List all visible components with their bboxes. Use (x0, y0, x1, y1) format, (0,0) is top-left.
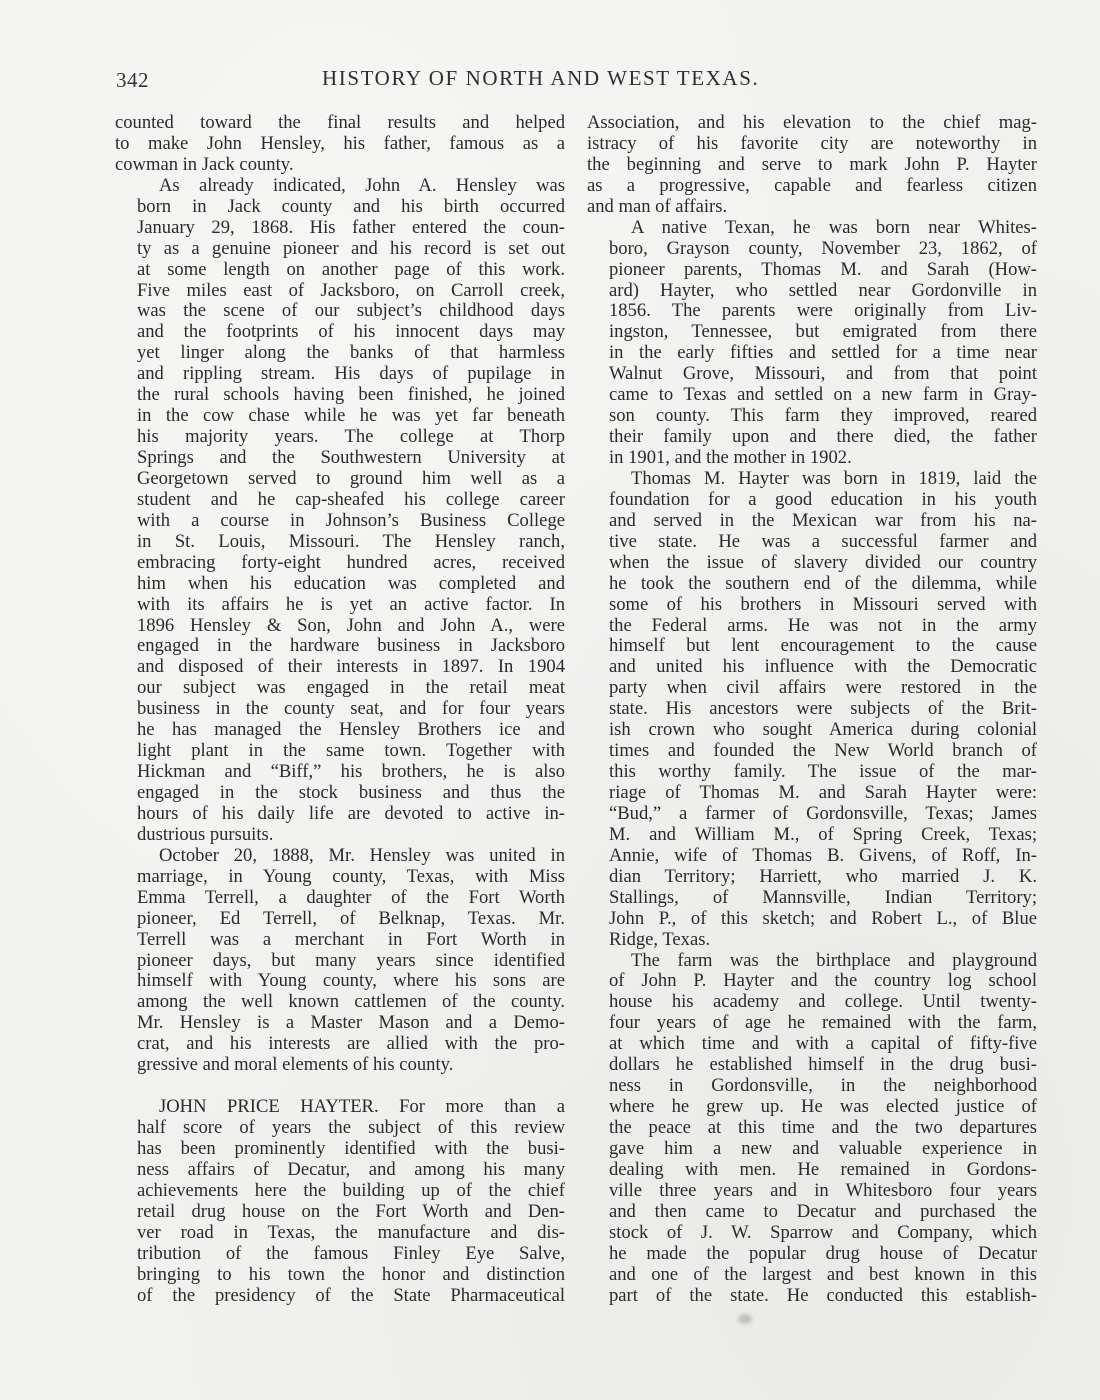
paragraph: Association, and his elevation to the ch… (587, 113, 1037, 218)
text-line: was the scene of our subject’s childhood… (115, 301, 565, 322)
text-line: October 20, 1888, Mr. Hensley was united… (115, 846, 565, 867)
text-line: Ridge, Texas. (587, 930, 1037, 951)
text-line: engaged in the stock business and thus t… (115, 783, 565, 804)
text-line: Walnut Grove, Missouri, and from that po… (587, 364, 1037, 385)
text-line: half score of years the subject of this … (115, 1118, 565, 1139)
text-line: son county. This farm they improved, rea… (587, 406, 1037, 427)
text-line: our subject was engaged in the retail me… (115, 678, 565, 699)
text-line: gressive and moral elements of his count… (115, 1055, 565, 1076)
text-line: and disposed of their interests in 1897.… (115, 657, 565, 678)
text-line: tribution of the famous Finley Eye Salve… (115, 1244, 565, 1265)
text-line: part of the state. He conducted this est… (587, 1286, 1037, 1307)
page-number: 342 (116, 68, 149, 93)
text-line: Annie, wife of Thomas B. Givens, of Roff… (587, 846, 1037, 867)
text-line: dollars he established himself in the dr… (587, 1055, 1037, 1076)
text-line: and man of affairs. (587, 197, 1037, 218)
text-line: Stallings, of Mannsville, Indian Territo… (587, 888, 1037, 909)
text-line: Hickman and “Biff,” his brothers, he is … (115, 762, 565, 783)
text-line: house his academy and college. Until twe… (587, 992, 1037, 1013)
text-line: Springs and the Southwestern University … (115, 448, 565, 469)
text-line: dustrious pursuits. (115, 825, 565, 846)
text-line: ingston, Tennessee, but emigrated from t… (587, 322, 1037, 343)
text-line: and one of the largest and best known in… (587, 1265, 1037, 1286)
text-line: As already indicated, John A. Hensley wa… (115, 176, 565, 197)
text-line: and then came to Decatur and purchased t… (587, 1202, 1037, 1223)
text-line: Five miles east of Jacksboro, on Carroll… (115, 281, 565, 302)
text-line: marriage, in Young county, Texas, with M… (115, 867, 565, 888)
text-line: at some length on another page of this w… (115, 260, 565, 281)
text-line: January 29, 1868. His father entered the… (115, 218, 565, 239)
text-line: bringing to his town the honor and disti… (115, 1265, 565, 1286)
text-line: pioneer parents, Thomas M. and Sarah (Ho… (587, 260, 1037, 281)
text-line: counted toward the final results and hel… (115, 113, 565, 134)
text-line: pioneer, Ed Terrell, of Belknap, Texas. … (115, 909, 565, 930)
text-line: riage of Thomas M. and Sarah Hayter were… (587, 783, 1037, 804)
text-line: he has managed the Hensley Brothers ice … (115, 720, 565, 741)
text-line: John P., of this sketch; and Robert L., … (587, 909, 1037, 930)
print-smudge (738, 1314, 752, 1324)
text-line: where he grew up. He was elected justice… (587, 1097, 1037, 1118)
text-line: The farm was the birthplace and playgrou… (587, 951, 1037, 972)
text-line: Thomas M. Hayter was born in 1819, laid … (587, 469, 1037, 490)
text-line: with a course in Johnson’s Business Coll… (115, 511, 565, 532)
text-line: engaged in the hardware business in Jack… (115, 636, 565, 657)
text-line: retail drug house on the Fort Worth and … (115, 1202, 565, 1223)
text-line: in the early fifties and settled for a t… (587, 343, 1037, 364)
text-line: “Bud,” a farmer of Gordonsville, Texas; … (587, 804, 1037, 825)
paragraph: A native Texan, he was born near Whites-… (587, 218, 1037, 469)
text-line: and the footprints of his innocent days … (115, 322, 565, 343)
text-line: and united his influence with the Democr… (587, 657, 1037, 678)
text-line: light plant in the same town. Together w… (115, 741, 565, 762)
text-line: gave him a new and valuable experience i… (587, 1139, 1037, 1160)
text-line: dealing with men. He remained in Gordons… (587, 1160, 1037, 1181)
section-start-paragraph: JOHN PRICE HAYTER. For more than ahalf s… (115, 1097, 565, 1306)
text-line: as a progressive, capable and fearless c… (587, 176, 1037, 197)
text-line: with its affairs he is yet an active fac… (115, 595, 565, 616)
text-line: came to Texas and settled on a new farm … (587, 385, 1037, 406)
text-line: their family upon and there died, the fa… (587, 427, 1037, 448)
text-line: at which time and with a capital of fift… (587, 1034, 1037, 1055)
text-line: istracy of his favorite city are notewor… (587, 134, 1037, 155)
text-line: tive state. He was a successful farmer a… (587, 532, 1037, 553)
text-line: in the cow chase while he was yet far be… (115, 406, 565, 427)
text-line: party when civil affairs were restored i… (587, 678, 1037, 699)
text-line: 1896 Hensley & Son, John and John A., we… (115, 616, 565, 637)
paragraph: October 20, 1888, Mr. Hensley was united… (115, 846, 565, 1076)
text-line: cowman in Jack county. (115, 155, 565, 176)
text-line: his majority years. The college at Thorp (115, 427, 565, 448)
text-line: 1856. The parents were originally from L… (587, 301, 1037, 322)
text-line: JOHN PRICE HAYTER. For more than a (115, 1097, 565, 1118)
text-line: has been prominently identified with the… (115, 1139, 565, 1160)
text-line: student and he cap-sheafed his college c… (115, 490, 565, 511)
text-line: Emma Terrell, a daughter of the Fort Wor… (115, 888, 565, 909)
text-line: achievements here the building up of the… (115, 1181, 565, 1202)
text-line: and rippling stream. His days of pupilag… (115, 364, 565, 385)
text-line: among the well known cattlemen of the co… (115, 992, 565, 1013)
text-line: the peace at this time and the two depar… (587, 1118, 1037, 1139)
text-line: dian Territory; Harriett, who married J.… (587, 867, 1037, 888)
running-head: 342 HISTORY OF NORTH AND WEST TEXAS. (114, 66, 1034, 96)
text-line: ville three years and in Whitesboro four… (587, 1181, 1037, 1202)
text-line: ard) Hayter, who settled near Gordonvill… (587, 281, 1037, 302)
text-line: hours of his daily life are devoted to a… (115, 804, 565, 825)
text-line: four years of age he remained with the f… (587, 1013, 1037, 1034)
text-line: in St. Louis, Missouri. The Hensley ranc… (115, 532, 565, 553)
paragraph: The farm was the birthplace and playgrou… (587, 951, 1037, 1307)
text-line: Georgetown served to ground him well as … (115, 469, 565, 490)
text-line: ty as a genuine pioneer and his record i… (115, 239, 565, 260)
text-line: A native Texan, he was born near Whites- (587, 218, 1037, 239)
text-line: and served in the Mexican war from his n… (587, 511, 1037, 532)
text-line: of the presidency of the State Pharmaceu… (115, 1286, 565, 1307)
text-line: born in Jack county and his birth occurr… (115, 197, 565, 218)
left-column: counted toward the final results and hel… (115, 113, 565, 1307)
text-line: ish crown who sought America during colo… (587, 720, 1037, 741)
text-line: times and founded the New World branch o… (587, 741, 1037, 762)
text-line: yet linger along the banks of that harml… (115, 343, 565, 364)
paragraph: As already indicated, John A. Hensley wa… (115, 176, 565, 846)
text-line: Mr. Hensley is a Master Mason and a Demo… (115, 1013, 565, 1034)
text-line: ver road in Texas, the manufacture and d… (115, 1223, 565, 1244)
right-column: Association, and his elevation to the ch… (587, 113, 1037, 1306)
text-line: ness affairs of Decatur, and among his m… (115, 1160, 565, 1181)
text-line: boro, Grayson county, November 23, 1862,… (587, 239, 1037, 260)
text-line: Terrell was a merchant in Fort Worth in (115, 930, 565, 951)
text-line: this worthy family. The issue of the mar… (587, 762, 1037, 783)
text-line: in 1901, and the mother in 1902. (587, 448, 1037, 469)
text-line: himself with Young county, where his son… (115, 971, 565, 992)
text-line: Association, and his elevation to the ch… (587, 113, 1037, 134)
text-line: state. His ancestors were subjects of th… (587, 699, 1037, 720)
text-line: when the issue of slavery divided our co… (587, 553, 1037, 574)
text-line: he made the popular drug house of Decatu… (587, 1244, 1037, 1265)
text-line: him when his education was completed and (115, 574, 565, 595)
text-line: himself but lent encouragement to the ca… (587, 636, 1037, 657)
text-line: the beginning and serve to mark John P. … (587, 155, 1037, 176)
book-page: 342 HISTORY OF NORTH AND WEST TEXAS. cou… (0, 0, 1100, 1400)
text-line: of John P. Hayter and the country log sc… (587, 971, 1037, 992)
text-line: foundation for a good education in his y… (587, 490, 1037, 511)
text-line: some of his brothers in Missouri served … (587, 595, 1037, 616)
text-line: M. and William M., of Spring Creek, Texa… (587, 825, 1037, 846)
text-line: to make John Hensley, his father, famous… (115, 134, 565, 155)
text-line: business in the county seat, and for fou… (115, 699, 565, 720)
paragraph: Thomas M. Hayter was born in 1819, laid … (587, 469, 1037, 951)
paragraph: counted toward the final results and hel… (115, 113, 565, 176)
text-line: pioneer days, but many years since ident… (115, 951, 565, 972)
text-line: he took the southern end of the dilemma,… (587, 574, 1037, 595)
running-title: HISTORY OF NORTH AND WEST TEXAS. (322, 66, 759, 91)
text-line: the rural schools having been finished, … (115, 385, 565, 406)
text-line: stock of J. W. Sparrow and Company, whic… (587, 1223, 1037, 1244)
text-line: the Federal arms. He was not in the army (587, 616, 1037, 637)
text-line: ness in Gordonsville, in the neighborhoo… (587, 1076, 1037, 1097)
text-line: embracing forty-eight hundred acres, rec… (115, 553, 565, 574)
text-line: crat, and his interests are allied with … (115, 1034, 565, 1055)
